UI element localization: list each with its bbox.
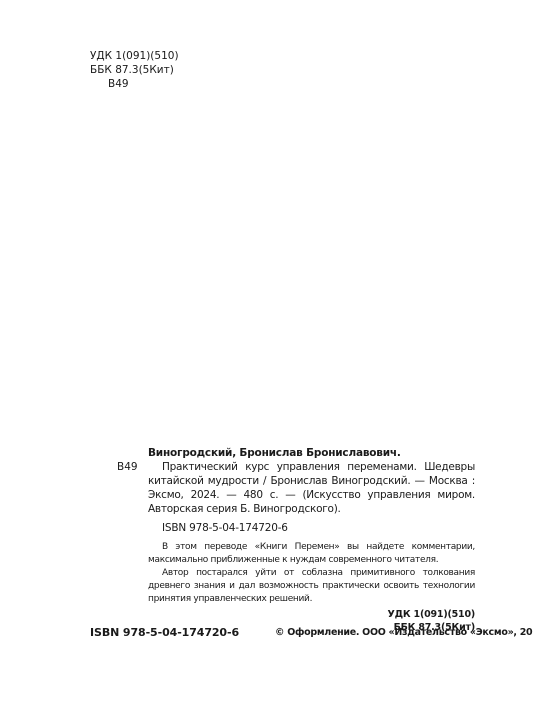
annotation-paragraph: В этом переводе «Книги Перемен» вы найде… <box>148 541 475 567</box>
card-author-mark: В49 <box>117 460 138 474</box>
card-author: Виногродский, Бронислав Брониславович. <box>148 446 475 460</box>
catalog-card: Виногродский, Бронислав Брониславович. П… <box>148 446 475 634</box>
classification-codes-top: УДК 1(091)(510) ББК 87.3(5Кит) В49 <box>90 49 179 91</box>
udk-code: УДК 1(091)(510) <box>90 49 179 63</box>
card-description: Практический курс управления переменами.… <box>148 460 475 516</box>
bbk-code: ББК 87.3(5Кит) <box>90 63 179 77</box>
bibliographic-description: Практический курс управления переменами.… <box>148 460 475 516</box>
footer-copyright: © Оформление. ООО «Издательство «Эксмо»,… <box>275 627 533 638</box>
card-isbn: ISBN 978-5-04-174720-6 <box>148 521 475 535</box>
annotation-paragraph: Автор постарался уйти от соблазна примит… <box>148 567 475 606</box>
card-annotation: В этом переводе «Книги Перемен» вы найде… <box>148 541 475 606</box>
card-udk-code: УДК 1(091)(510) <box>148 608 475 621</box>
author-mark: В49 <box>90 77 179 91</box>
footer-isbn: ISBN 978-5-04-174720-6 <box>90 626 239 639</box>
